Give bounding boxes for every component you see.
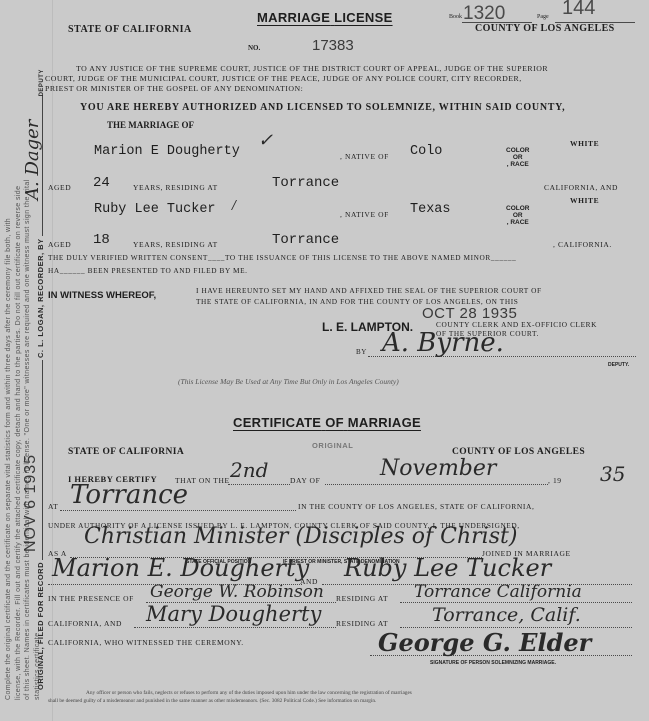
day-line (228, 484, 290, 485)
address-line: TO ANY JUSTICE OF THE SUPREME COURT, JUS… (76, 64, 548, 73)
place-line (60, 510, 296, 511)
groom-aged-label: AGED (48, 183, 71, 192)
address-line: COURT, JUDGE OF THE MUNICIPAL COURT, JUS… (45, 74, 522, 83)
race-label: , RACE (506, 219, 529, 226)
witness-text-line: I HAVE HEREUNTO SET MY HAND AND AFFIXED … (196, 286, 542, 295)
color-label: COLOR (506, 147, 529, 154)
groom-residence-suffix: CALIFORNIA, AND (544, 183, 618, 192)
groom-age: 24 (93, 175, 110, 191)
book-label: Book (449, 14, 462, 20)
bride-residence-suffix: , CALIFORNIA. (553, 240, 612, 249)
license-number-label: NO. (248, 44, 260, 52)
county-state-text: IN THE COUNTY OF LOS ANGELES, STATE OF C… (298, 502, 535, 511)
bride-color-race-label: COLOR OR , RACE (506, 205, 529, 226)
groom-name: Marion E Dougherty (94, 144, 240, 159)
witness2-name: Mary Dougherty (146, 602, 321, 626)
address-line: PRIEST OR MINISTER OF THE GOSPEL OF ANY … (45, 84, 303, 93)
bride-aged-label: AGED (48, 240, 71, 249)
consent-line-2: HA______ BEEN PRESENTED TO AND FILED BY … (48, 266, 248, 275)
bride-native-label: , NATIVE OF (340, 210, 389, 219)
license-usage-note: (This License May Be Used at Any Time Bu… (178, 377, 399, 386)
groom-checkmark-icon: ✓ (258, 130, 273, 151)
bride-race: WHITE (570, 196, 599, 205)
officiant-signature: George G. Elder (378, 628, 591, 657)
page-number: 144 (562, 0, 595, 20)
officiant-caption: SIGNATURE OF PERSON SOLEMNIZING MARRIAGE… (430, 660, 556, 666)
california-and-label: CALIFORNIA, AND (48, 619, 122, 628)
witness2-residing-label: RESIDING AT (336, 619, 388, 628)
or-label: OR (506, 212, 529, 219)
title-word: LICENSE (334, 10, 392, 25)
recorder-deputy-signature: A. Dager (22, 120, 43, 200)
groom-race: WHITE (570, 139, 599, 148)
bride-checkmark-icon: / (232, 198, 236, 212)
title-word: MARRIAGE (348, 415, 421, 430)
bride-residing-label: YEARS, RESIDING AT (133, 240, 218, 249)
at-label: AT (48, 502, 58, 511)
bride-residence: Torrance (272, 232, 339, 248)
witness1-residing-label: RESIDING AT (336, 594, 388, 603)
license-title: MARRIAGE LICENSE (257, 10, 393, 25)
authorized-heading: YOU ARE HEREBY AUTHORIZED AND LICENSED T… (80, 102, 565, 113)
margin-divider (52, 0, 53, 721)
by-label: BY (356, 348, 367, 356)
penalty-text-line: shall be deemed guilty of a misdemeanor … (48, 698, 376, 704)
marriage-of-label: THE MARRIAGE OF (107, 120, 194, 130)
filed-label-text: ORIGINAL, FILED FOR RECORD (36, 562, 45, 690)
bride-native-of: Texas (410, 202, 451, 217)
bride-name: Ruby Lee Tucker (94, 202, 216, 217)
certificate-title: CERTIFICATE OF MARRIAGE (233, 415, 421, 430)
witnessed-text: CALIFORNIA, WHO WITNESSED THE CEREMONY. (48, 638, 244, 647)
certificate-state: STATE OF CALIFORNIA (68, 447, 184, 457)
margin-instruction-line: license, with the Recorder. Fill out and… (14, 179, 24, 700)
title-word: OF (325, 415, 344, 430)
license-number: 17383 (312, 37, 354, 54)
license-state: STATE OF CALIFORNIA (68, 24, 192, 35)
margin-instruction-line: of this sheet. Names in certificates mus… (23, 179, 33, 700)
groom-native-label: , NATIVE OF (340, 152, 389, 161)
witness1-name: George W. Robinson (150, 582, 324, 602)
or-label: OR (506, 154, 529, 161)
witness2-line (134, 627, 336, 628)
marriage-license-document: Complete the original certificate and th… (0, 0, 649, 721)
original-label: ORIGINAL (312, 441, 353, 450)
margin-instruction-line: Complete the original certificate and th… (4, 179, 14, 700)
recorder-label-text: C. L. LOGAN, RECORDER, BY (36, 238, 45, 358)
deputy-label: DEPUTY. (608, 362, 629, 368)
groom-residence: Torrance (272, 175, 339, 191)
color-label: COLOR (506, 205, 529, 212)
day-of-label: DAY OF (290, 476, 320, 485)
year-value: 35 (600, 462, 625, 486)
bride-age: 18 (93, 232, 110, 248)
groom-signature: Marion E. Dougherty (52, 554, 309, 582)
race-label: , RACE (506, 161, 529, 168)
title-word: MARRIAGE (257, 10, 330, 25)
title-word: CERTIFICATE (233, 415, 321, 430)
bride-signature: Ruby Lee Tucker (344, 554, 551, 582)
month-line (325, 484, 548, 485)
consent-line: THE DULY VERIFIED WRITTEN CONSENT____TO … (48, 253, 516, 262)
witness2-residence: Torrance, Calif. (432, 604, 581, 626)
witness-whereof-label: IN WITNESS WHEREOF, (48, 290, 156, 301)
day-value: 2nd (230, 458, 268, 482)
deputy-signature: A. Byrne. (382, 328, 504, 358)
filed-line (42, 360, 43, 560)
presence-label: IN THE PRESENCE OF (48, 594, 134, 603)
witness1-residence-line (400, 602, 632, 603)
place-value: Torrance (70, 480, 188, 510)
month-value: November (380, 456, 496, 481)
year-prefix: , 19 (548, 476, 562, 485)
page-label: Page (537, 14, 549, 20)
penalty-text-line: Any officer or person who fails, neglect… (86, 690, 412, 696)
official-position: Christian Minister (Disciples of Christ) (84, 524, 517, 549)
filed-date-stamp: NOV 6 1935 (22, 454, 40, 552)
license-county: COUNTY OF LOS ANGELES (475, 23, 615, 34)
witness1-residence: Torrance California (414, 582, 582, 602)
groom-native-of: Colo (410, 144, 442, 159)
groom-residing-label: YEARS, RESIDING AT (133, 183, 218, 192)
groom-color-race-label: COLOR OR , RACE (506, 147, 529, 168)
